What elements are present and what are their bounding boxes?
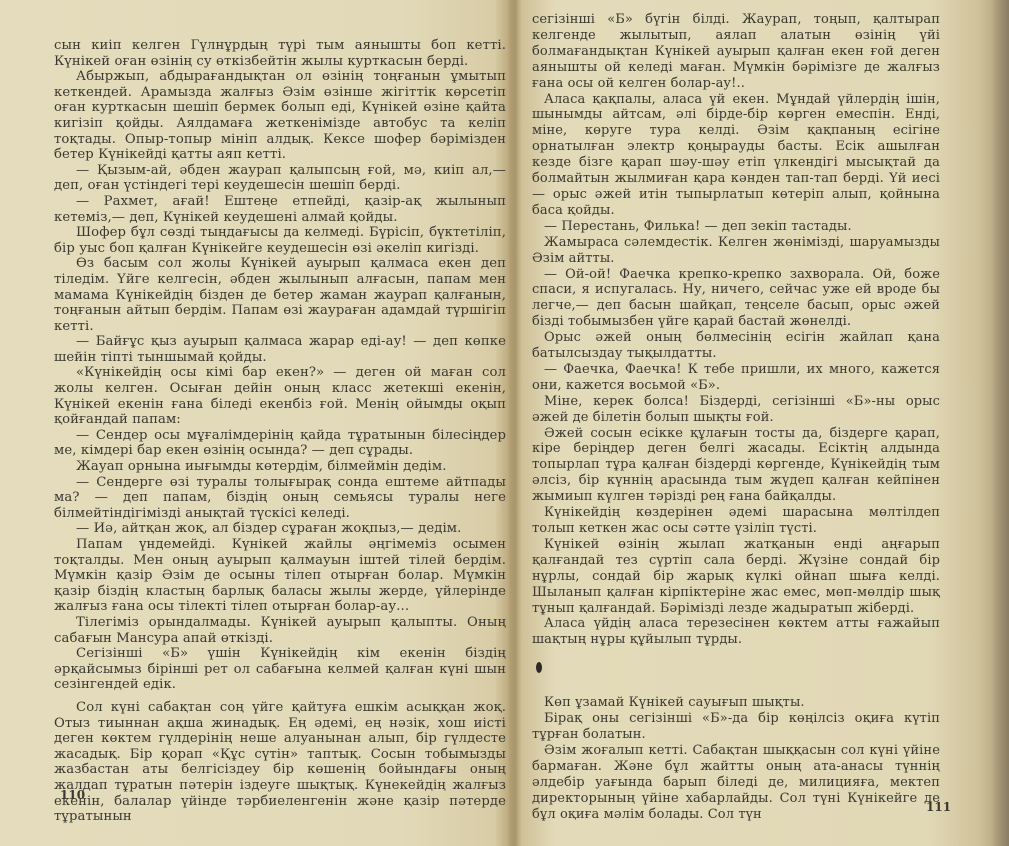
paragraph: Күнікей өзінің жылап жатқанын енді аңғар… [532, 537, 940, 617]
paragraph: — Иә, айтқан жоқ, ал біздер сұраған жоқп… [54, 521, 506, 537]
book-spread: сын киіп келген Гүлнұрдың түрі тым аяныш… [0, 0, 1009, 846]
paragraph: Әжей сосын есікке құлағын тосты да, бізд… [532, 426, 940, 506]
paragraph: «Күнікейдің осы кімі бар екен?» — деген … [54, 365, 506, 427]
paragraph: Абыржып, абдырағандықтан ол өзінің тоңға… [54, 69, 506, 163]
right-page-text: сегізінші «Б» бүгін білді. Жаурап, тоңып… [532, 12, 940, 823]
paragraph: Жауап орнына иығымды көтердім, білмеймін… [54, 459, 506, 475]
left-page-text: сын киіп келген Гүлнұрдың түрі тым аяныш… [54, 38, 506, 825]
paragraph: — Фаечка, Фаечка! К тебе пришли, их мног… [532, 362, 940, 394]
paragraph: Сол күні сабақтан соң үйге қайтуға ешкім… [54, 700, 506, 825]
paragraph: Папам үндемейді. Күнікей жайлы әңгімеміз… [54, 537, 506, 615]
left-page: сын киіп келген Гүлнұрдың түрі тым аяныш… [0, 0, 510, 846]
paragraph: Аласа үйдің аласа терезесінен көктем атт… [532, 616, 940, 648]
paragraph: Тілегіміз орындалмады. Күнікей ауырып қа… [54, 615, 506, 646]
paragraph: Өз басым сол жолы Күнікей ауырып қалмаса… [54, 256, 506, 334]
paragraph: сегізінші «Б» бүгін білді. Жаурап, тоңып… [532, 12, 940, 92]
page-number-left: 110 [60, 788, 85, 802]
paragraph: Күнікейдің көздерінен әдемі шарасына мөл… [532, 505, 940, 537]
section-break-bullet-icon [536, 662, 542, 673]
paragraph: — Рахмет, ағай! Ештеңе етпейді, қазір-ақ… [54, 194, 506, 225]
paragraph: — Байғұс қыз ауырып қалмаса жарар еді-ау… [54, 334, 506, 365]
paragraph: — Ой-ой! Фаечка крепко-крепко захворала.… [532, 267, 940, 331]
page-number-right: 111 [926, 800, 951, 814]
paragraph: Аласа қақпалы, аласа үй екен. Мұндай үйл… [532, 92, 940, 219]
paragraph: Сегізінші «Б» үшін Күнікейдің кім екенін… [54, 646, 506, 693]
paragraph: Орыс әжей оның бөлмесінің есігін жайлап … [532, 330, 940, 362]
paragraph: Көп ұзамай Күнікей сауығып шықты. [532, 695, 940, 711]
paragraph-gap [54, 693, 506, 700]
paragraph: — Сендер осы мұғалімдерінің қайда тұраты… [54, 428, 506, 459]
page-edge-shadow [991, 0, 1009, 846]
paragraph: Бірақ оны сегізінші «Б»-да бір көңілсіз … [532, 711, 940, 743]
paragraph: сын киіп келген Гүлнұрдың түрі тым аяныш… [54, 38, 506, 69]
paragraph: — Перестань, Филька! — деп зекіп тастады… [532, 219, 940, 235]
right-page: сегізінші «Б» бүгін білді. Жаурап, тоңып… [520, 0, 1009, 846]
paragraph: Әзім жоғалып кетті. Сабақтан шыққасын со… [532, 743, 940, 823]
paragraph: Шофер бұл сөзді тыңдағысы да келмеді. Бү… [54, 225, 506, 256]
paragraph: Міне, керек болса! Біздерді, сегізінші «… [532, 394, 940, 426]
paragraph: Жамыраса сәлемдестік. Келген жөнімізді, … [532, 235, 940, 267]
paragraph: — Сендерге өзі туралы толығырақ сонда еш… [54, 475, 506, 522]
paragraph: — Қызым-ай, әбден жаурап қалыпсың ғой, м… [54, 163, 506, 194]
